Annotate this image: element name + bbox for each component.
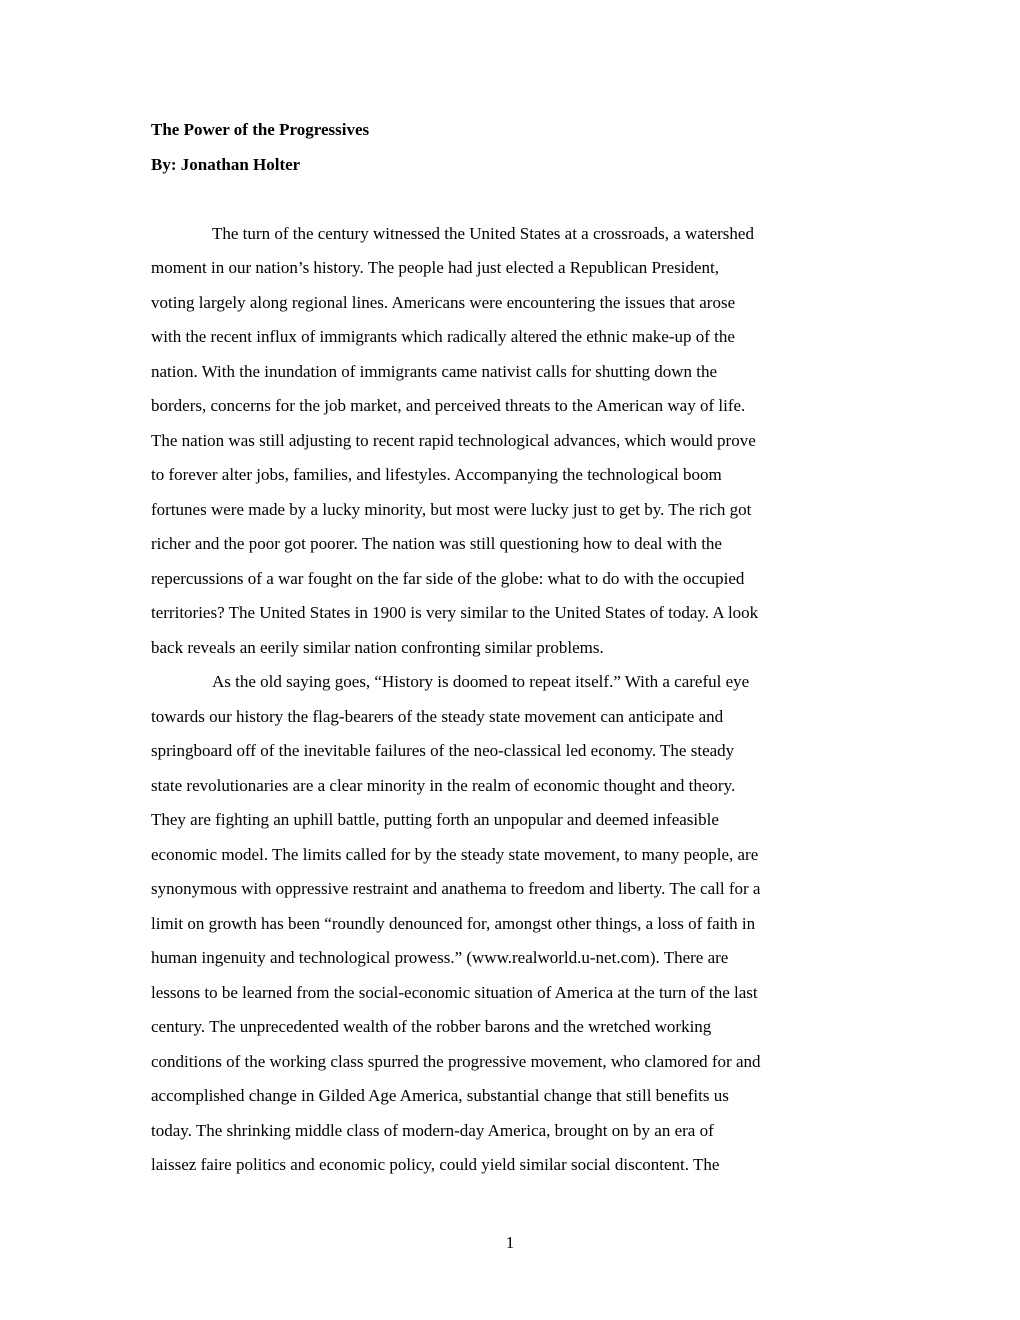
paragraph-line: borders, concerns for the job market, an… [151,389,870,424]
document-title: The Power of the Progressives [151,113,870,148]
paragraph-line: springboard off of the inevitable failur… [151,734,870,769]
paragraph-line: lessons to be learned from the social-ec… [151,976,870,1011]
page-number: 1 [0,1226,1020,1261]
paragraph-line: richer and the poor got poorer. The nati… [151,527,870,562]
blank-line [151,182,870,217]
paragraph-line: towards our history the flag-bearers of … [151,700,870,735]
paragraph-line: territories? The United States in 1900 i… [151,596,870,631]
paragraph-line: to forever alter jobs, families, and lif… [151,458,870,493]
paragraph-line: today. The shrinking middle class of mod… [151,1114,870,1149]
document-body: The Power of the Progressives By: Jonath… [151,113,870,1183]
paragraph-line: human ingenuity and technological prowes… [151,941,870,976]
paragraph-line: limit on growth has been “roundly denoun… [151,907,870,942]
paragraph-line: As the old saying goes, “History is doom… [151,665,870,700]
paragraph-line: moment in our nation’s history. The peop… [151,251,870,286]
paragraphs: The turn of the century witnessed the Un… [151,217,870,1183]
paragraph-line: century. The unprecedented wealth of the… [151,1010,870,1045]
document-page: The Power of the Progressives By: Jonath… [0,0,1020,1320]
paragraph-line: with the recent influx of immigrants whi… [151,320,870,355]
paragraph-line: synonymous with oppressive restraint and… [151,872,870,907]
document-byline: By: Jonathan Holter [151,148,870,183]
paragraph-line: back reveals an eerily similar nation co… [151,631,870,666]
paragraph-line: They are fighting an uphill battle, putt… [151,803,870,838]
paragraph-line: state revolutionaries are a clear minori… [151,769,870,804]
paragraph-line: The turn of the century witnessed the Un… [151,217,870,252]
paragraph-line: fortunes were made by a lucky minority, … [151,493,870,528]
paragraph-line: repercussions of a war fought on the far… [151,562,870,597]
paragraph-line: voting largely along regional lines. Ame… [151,286,870,321]
paragraph-line: accomplished change in Gilded Age Americ… [151,1079,870,1114]
paragraph-line: The nation was still adjusting to recent… [151,424,870,459]
paragraph-line: conditions of the working class spurred … [151,1045,870,1080]
paragraph-line: nation. With the inundation of immigrant… [151,355,870,390]
paragraph-line: laissez faire politics and economic poli… [151,1148,870,1183]
paragraph-line: economic model. The limits called for by… [151,838,870,873]
